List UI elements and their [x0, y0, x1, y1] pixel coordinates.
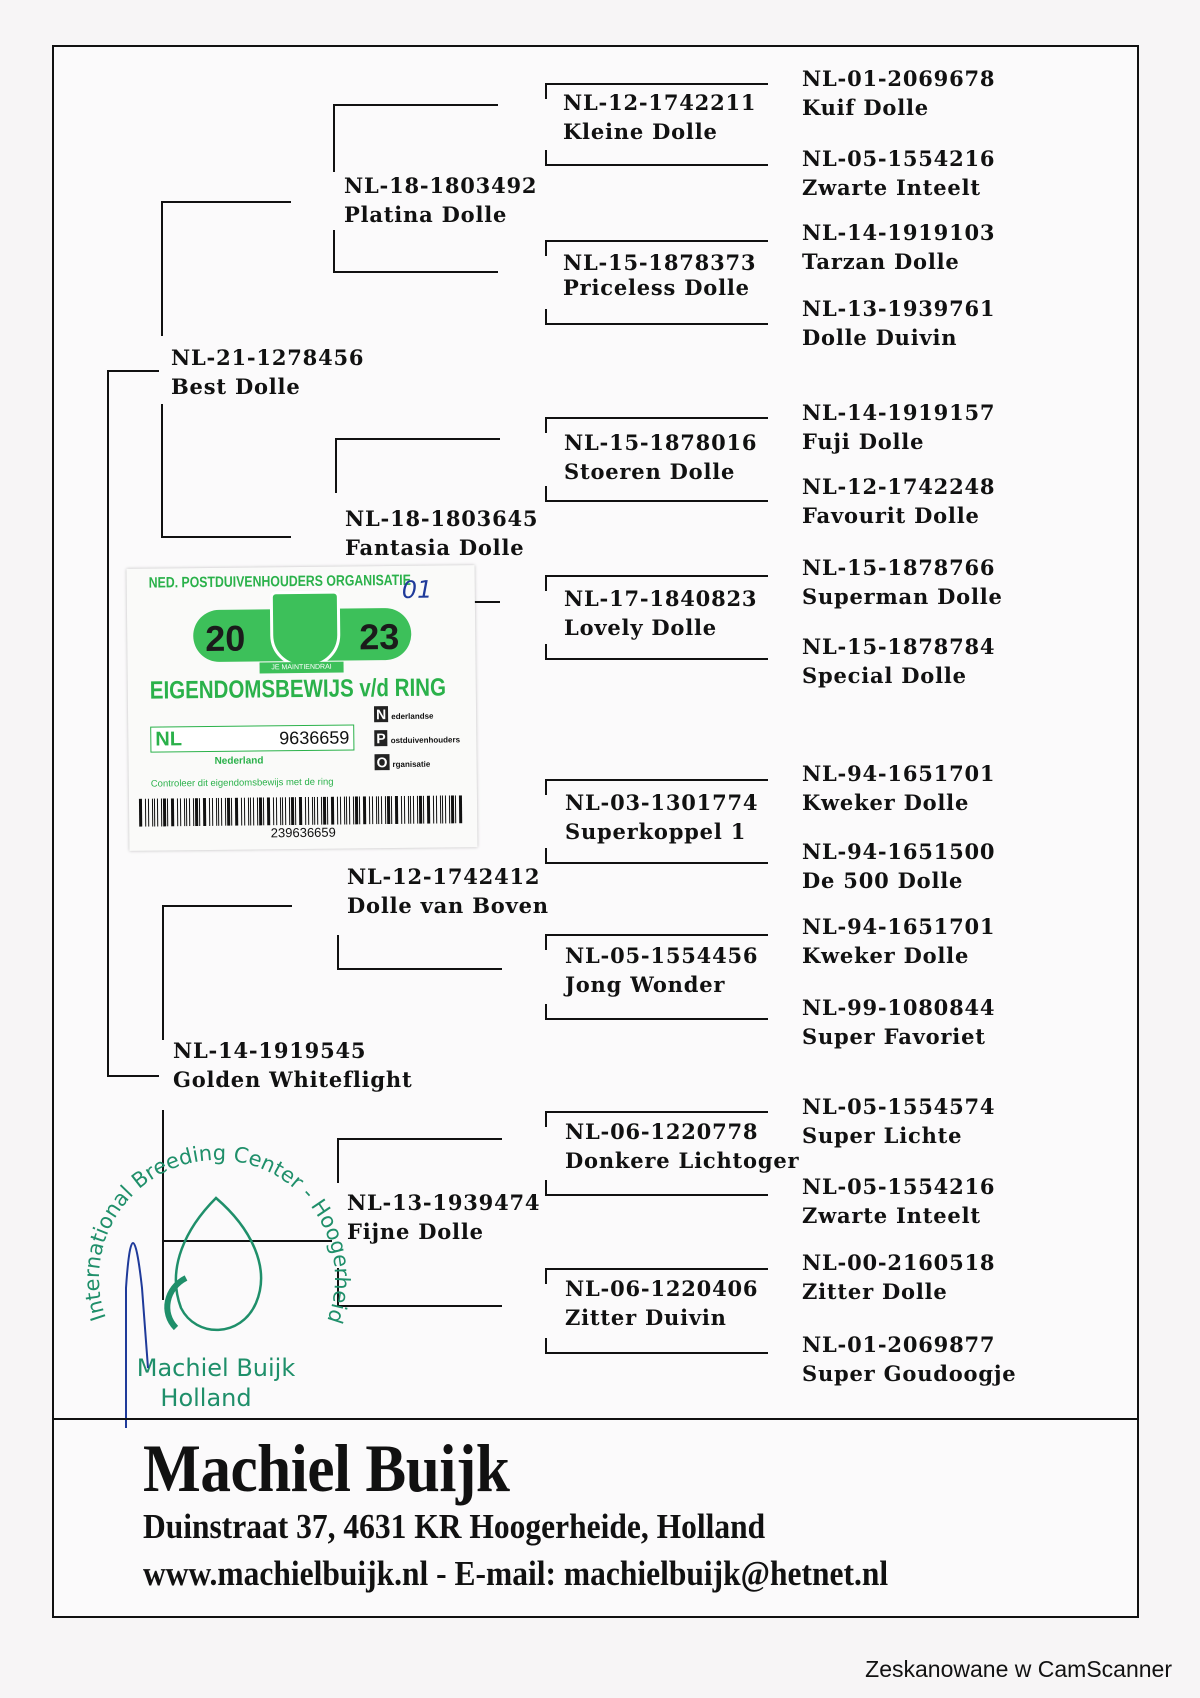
- connector-line: [162, 905, 292, 907]
- connector-line: [333, 104, 335, 172]
- ring-number: NL-21-1278456: [171, 343, 364, 372]
- connector-line: [545, 1268, 768, 1270]
- ring-number: NL-14-1919545: [173, 1036, 412, 1065]
- connector-line: [107, 370, 159, 372]
- connector-line: [162, 905, 164, 1040]
- pedigree-sire-sire: NL-12-1742211 Kleine Dolle: [563, 88, 756, 146]
- pedigree-sire-2: NL-12-1742412 Dolle van Boven: [347, 862, 549, 920]
- ring-number-box: NL 9636659: [150, 724, 354, 752]
- pigeon-name: Zwarte Inteelt: [802, 1201, 995, 1230]
- connector-line: [545, 323, 768, 325]
- pedigree-sire-dam: NL-15-1878373 Priceless Dolle: [563, 250, 756, 300]
- connector-line: [335, 438, 337, 493]
- pedigree-gen4-dam-sire-sire: NL-14-1919157Fuji Dolle: [802, 398, 995, 456]
- country-label: Nederland: [214, 755, 263, 767]
- organization-name: NED. POSTDUIVENHOUDERS ORGANISATIE: [149, 572, 411, 592]
- ring-number: NL-06-1220778: [565, 1117, 799, 1146]
- footer-divider: [52, 1418, 1139, 1420]
- pigeon-name: Platina Dolle: [344, 200, 537, 229]
- pigeon-name: Fijne Dolle: [347, 1217, 540, 1246]
- connector-line: [337, 935, 339, 970]
- connector-line: [335, 438, 500, 440]
- connector-line: [545, 1194, 768, 1196]
- connector-line: [545, 779, 547, 795]
- pedigree-dam2-sire: NL-06-1220778 Donkere Lichtoger: [565, 1117, 799, 1175]
- ring-number: NL-94-1651500: [802, 837, 995, 866]
- connector-line: [545, 575, 547, 591]
- breeder-name: Machiel Buijk: [143, 1427, 509, 1509]
- ring-number: 9636659: [279, 726, 349, 751]
- connector-line: [545, 1018, 768, 1020]
- ring-number: NL-05-1554216: [802, 144, 995, 173]
- pedigree-gen4-dam-dam-dam: NL-15-1878784Special Dolle: [802, 632, 995, 690]
- pigeon-name: Superkoppel 1: [565, 817, 758, 846]
- pigeon-name: Favourit Dolle: [802, 501, 995, 530]
- ring-number: NL-15-1878016: [564, 428, 757, 457]
- connector-line: [333, 104, 498, 106]
- check-instruction: Controleer dit eigendomsbewijs met de ri…: [151, 777, 334, 790]
- pedigree-dam-dam: NL-17-1840823 Lovely Dolle: [564, 584, 757, 642]
- ring-number: NL-05-1554216: [802, 1172, 995, 1201]
- pigeon-name: Kuif Dolle: [802, 93, 995, 122]
- connector-line: [107, 370, 109, 1076]
- connector-line: [337, 968, 502, 970]
- pigeon-name: Lovely Dolle: [564, 613, 757, 642]
- connector-line: [545, 1111, 547, 1127]
- connector-line: [545, 934, 768, 936]
- connector-line: [545, 1268, 547, 1284]
- connector-line: [161, 201, 291, 203]
- connector-line: [545, 1352, 768, 1354]
- ownership-card: NED. POSTDUIVENHOUDERS ORGANISATIE 01 20…: [127, 565, 478, 851]
- pigeon-name: Tarzan Dolle: [802, 247, 995, 276]
- ring-number: NL-14-1919103: [802, 218, 995, 247]
- ring-number: NL-06-1220406: [565, 1274, 758, 1303]
- pigeon-name: Superman Dolle: [802, 582, 1003, 611]
- npo-word: ederlandse: [391, 712, 433, 721]
- barcode-icon: [137, 795, 467, 826]
- pedigree-subject-2: NL-14-1919545 Golden Whiteflight: [173, 1036, 412, 1094]
- connector-line: [545, 83, 768, 85]
- stamp-country: Holland: [160, 1384, 251, 1412]
- connector-line: [161, 201, 163, 336]
- npo-line-n: Nederlandse: [374, 706, 434, 723]
- connector-line: [545, 779, 768, 781]
- year-right: 23: [359, 616, 399, 658]
- pedigree-dam: NL-18-1803645 Fantasia Dolle: [345, 504, 538, 562]
- pedigree-gen4-sire-dam-sire: NL-14-1919103Tarzan Dolle: [802, 218, 995, 276]
- connector-line: [545, 1111, 768, 1113]
- pedigree-gen4-dam2-sire-dam: NL-05-1554216Zwarte Inteelt: [802, 1172, 995, 1230]
- scanner-watermark: Zeskanowane w CamScanner: [865, 1656, 1172, 1683]
- ring-number: NL-18-1803645: [345, 504, 538, 533]
- ring-number: NL-17-1840823: [564, 584, 757, 613]
- pigeon-name: Special Dolle: [802, 661, 995, 690]
- breeder-contact: www.machielbuijk.nl - E-mail: machielbui…: [143, 1553, 888, 1595]
- motto-ribbon: JE MAINTIENDRAI: [260, 662, 344, 674]
- npo-line-p: Postduivenhouders: [374, 729, 460, 746]
- npo-word: ostduivenhouders: [391, 735, 460, 745]
- pigeon-name: De 500 Dolle: [802, 866, 995, 895]
- connector-line: [545, 417, 768, 419]
- ring-number: NL-99-1080844: [802, 993, 995, 1022]
- handwritten-note: 01: [402, 576, 433, 604]
- ring-number: NL-01-2069678: [802, 64, 995, 93]
- connector-line: [545, 658, 768, 660]
- pedigree-subject: NL-21-1278456 Best Dolle: [171, 343, 364, 401]
- pedigree-dam-sire: NL-15-1878016 Stoeren Dolle: [564, 428, 757, 486]
- pedigree-gen4-sire2-sire-dam: NL-94-1651500De 500 Dolle: [802, 837, 995, 895]
- pigeon-name: Zwarte Inteelt: [802, 173, 995, 202]
- connector-line: [107, 1075, 159, 1077]
- pedigree-dam2-dam: NL-06-1220406 Zitter Duivin: [565, 1274, 758, 1332]
- pedigree-sire: NL-18-1803492 Platina Dolle: [344, 171, 537, 229]
- ring-number: NL-01-2069877: [802, 1330, 1016, 1359]
- breeder-address: Duinstraat 37, 4631 KR Hoogerheide, Holl…: [143, 1506, 765, 1548]
- pedigree-gen4-dam2-dam-dam: NL-01-2069877Super Goudoogje: [802, 1330, 1016, 1388]
- ring-number: NL-94-1651701: [802, 912, 995, 941]
- npo-letter: O: [374, 754, 389, 770]
- signature-mark: [126, 1243, 148, 1428]
- pedigree-gen4-sire2-sire-sire: NL-94-1651701Kweker Dolle: [802, 759, 995, 817]
- pedigree-sire2-sire: NL-03-1301774 Superkoppel 1: [565, 788, 758, 846]
- pigeon-name: Dolle Duivin: [802, 323, 995, 352]
- npo-line-o: Organisatie: [374, 754, 430, 771]
- ring-number: NL-18-1803492: [344, 171, 537, 200]
- connector-line: [545, 500, 768, 502]
- connector-line: [333, 230, 335, 273]
- lion-crest-icon: [270, 591, 341, 668]
- ring-number: NL-05-1554456: [565, 941, 758, 970]
- pedigree-gen4-sire-dam-dam: NL-13-1939761Dolle Duivin: [802, 294, 995, 352]
- pigeon-name: Kweker Dolle: [802, 788, 995, 817]
- pedigree-gen4-dam2-sire-sire: NL-05-1554574Super Lichte: [802, 1092, 995, 1150]
- pigeon-name: Dolle van Boven: [347, 891, 549, 920]
- pedigree-gen4-dam-sire-dam: NL-12-1742248Favourit Dolle: [802, 472, 995, 530]
- ring-number: NL-13-1939761: [802, 294, 995, 323]
- eagle-wing-icon: [167, 1278, 186, 1328]
- connector-line: [545, 240, 768, 242]
- connector-line: [545, 862, 768, 864]
- connector-line: [545, 934, 547, 950]
- country-code: NL: [155, 727, 182, 751]
- pedigree-gen4-sire2-dam-dam: NL-99-1080844Super Favoriet: [802, 993, 995, 1051]
- ring-number: NL-15-1878766: [802, 553, 1003, 582]
- ring-number: NL-15-1878373: [563, 250, 756, 275]
- pigeon-name: Jong Wonder: [565, 970, 758, 999]
- pigeon-name: Kweker Dolle: [802, 941, 995, 970]
- connector-line: [161, 404, 163, 538]
- pedigree-dam-2: NL-13-1939474 Fijne Dolle: [347, 1188, 540, 1246]
- npo-word: rganisatie: [392, 760, 430, 769]
- eagle-icon: [176, 1198, 261, 1330]
- ring-number: NL-15-1878784: [802, 632, 995, 661]
- ring-number: NL-03-1301774: [565, 788, 758, 817]
- pedigree-sire2-dam: NL-05-1554456 Jong Wonder: [565, 941, 758, 999]
- pigeon-name: Zitter Dolle: [802, 1277, 995, 1306]
- pigeon-name: Super Favoriet: [802, 1022, 995, 1051]
- barcode-number: 239636659: [129, 823, 477, 842]
- pigeon-name: Best Dolle: [171, 372, 364, 401]
- year-left: 20: [205, 618, 245, 660]
- card-title: EIGENDOMSBEWIJS v/d RING: [150, 673, 446, 705]
- connector-line: [545, 83, 547, 99]
- pigeon-name: Super Lichte: [802, 1121, 995, 1150]
- connector-line: [333, 271, 498, 273]
- pigeon-name: Stoeren Dolle: [564, 457, 757, 486]
- stamp-name: Machiel Buijk: [137, 1354, 296, 1382]
- pigeon-name: Donkere Lichtoger: [565, 1146, 799, 1175]
- pedigree-gen4-dam2-dam-sire: NL-00-2160518Zitter Dolle: [802, 1248, 995, 1306]
- ring-number: NL-13-1939474: [347, 1188, 540, 1217]
- pigeon-name: Golden Whiteflight: [173, 1065, 412, 1094]
- pedigree-gen4-sire-sire-dam: NL-05-1554216Zwarte Inteelt: [802, 144, 995, 202]
- pigeon-name: Kleine Dolle: [563, 117, 756, 146]
- ring-number: NL-14-1919157: [802, 398, 995, 427]
- pigeon-name: Super Goudoogje: [802, 1359, 1016, 1388]
- connector-line: [545, 417, 547, 433]
- pigeon-name: Zitter Duivin: [565, 1303, 758, 1332]
- ring-number: NL-12-1742412: [347, 862, 549, 891]
- pigeon-name: Priceless Dolle: [563, 275, 756, 300]
- ring-number: NL-05-1554574: [802, 1092, 995, 1121]
- pedigree-gen4-sire2-dam-sire: NL-94-1651701Kweker Dolle: [802, 912, 995, 970]
- pedigree-gen4-sire-sire-sire: NL-01-2069678Kuif Dolle: [802, 64, 995, 122]
- stamp-ring-text: International Breeding Center - Hoogerhe…: [66, 1128, 354, 1327]
- ring-number: NL-12-1742248: [802, 472, 995, 501]
- connector-line: [545, 164, 768, 166]
- connector-line: [545, 575, 768, 577]
- npo-letter: N: [374, 706, 388, 722]
- connector-line: [545, 240, 547, 256]
- ring-number: NL-00-2160518: [802, 1248, 995, 1277]
- pedigree-gen4-dam-dam-sire: NL-15-1878766Superman Dolle: [802, 553, 1003, 611]
- pigeon-name: Fuji Dolle: [802, 427, 995, 456]
- pigeon-name: Fantasia Dolle: [345, 533, 538, 562]
- ring-number: NL-12-1742211: [563, 88, 756, 117]
- connector-line: [161, 536, 291, 538]
- breeding-center-stamp: International Breeding Center - Hoogerhe…: [66, 1128, 366, 1428]
- ring-number: NL-94-1651701: [802, 759, 995, 788]
- npo-letter: P: [374, 730, 388, 746]
